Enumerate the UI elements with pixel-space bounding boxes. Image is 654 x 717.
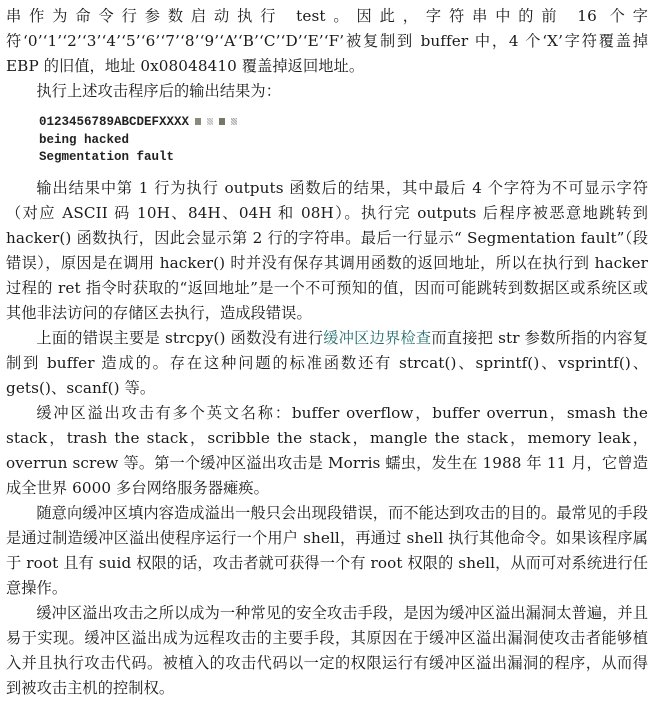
para3-before: 上面的错误主要是 strcpy() 函数没有进行 (36, 329, 323, 347)
program-output-block: 0123456789ABCDEFXXXX being hacked Segmen… (39, 114, 648, 167)
paragraph-output-explanation: 输出结果中第 1 行为执行 outputs 函数后的结果，其中最后 4 个字符为… (6, 176, 648, 326)
paragraph-continuation: 串作为命令行参数启动执行 test。因此，字符串中的前 16 个字符‘0’‘1’… (6, 4, 648, 79)
nonprintable-char-icon (195, 118, 201, 125)
paragraph-output-intro: 执行上述攻击程序后的输出结果为： (6, 79, 648, 104)
nonprintable-char-icon (207, 118, 213, 125)
paragraph-remote-attack: 缓冲区溢出攻击之所以成为一种常见的安全攻击手段，是因为缓冲区溢出漏洞太普遍，并且… (6, 601, 648, 701)
output-line-1-text: 0123456789ABCDEFXXXX (39, 115, 189, 129)
output-line-3: Segmentation fault (39, 149, 648, 167)
highlight-term: 缓冲区边界检查 (323, 329, 431, 347)
paragraph-overflow-names: 缓冲区溢出攻击有多个英文名称：buffer overflow，buffer ov… (6, 401, 648, 501)
output-line-2: being hacked (39, 132, 648, 150)
paragraph-shell-attack: 随意向缓冲区填内容造成溢出一般只会出现段错误，而不能达到攻击的目的。最常见的手段… (6, 501, 648, 601)
nonprintable-char-icon (219, 118, 225, 125)
document-page: 串作为命令行参数启动执行 test。因此，字符串中的前 16 个字符‘0’‘1’… (0, 0, 654, 701)
paragraph-strcpy-error: 上面的错误主要是 strcpy() 函数没有进行缓冲区边界检查而直接把 str … (6, 326, 648, 401)
nonprintable-char-icon (231, 118, 237, 125)
output-line-1: 0123456789ABCDEFXXXX (39, 114, 648, 132)
